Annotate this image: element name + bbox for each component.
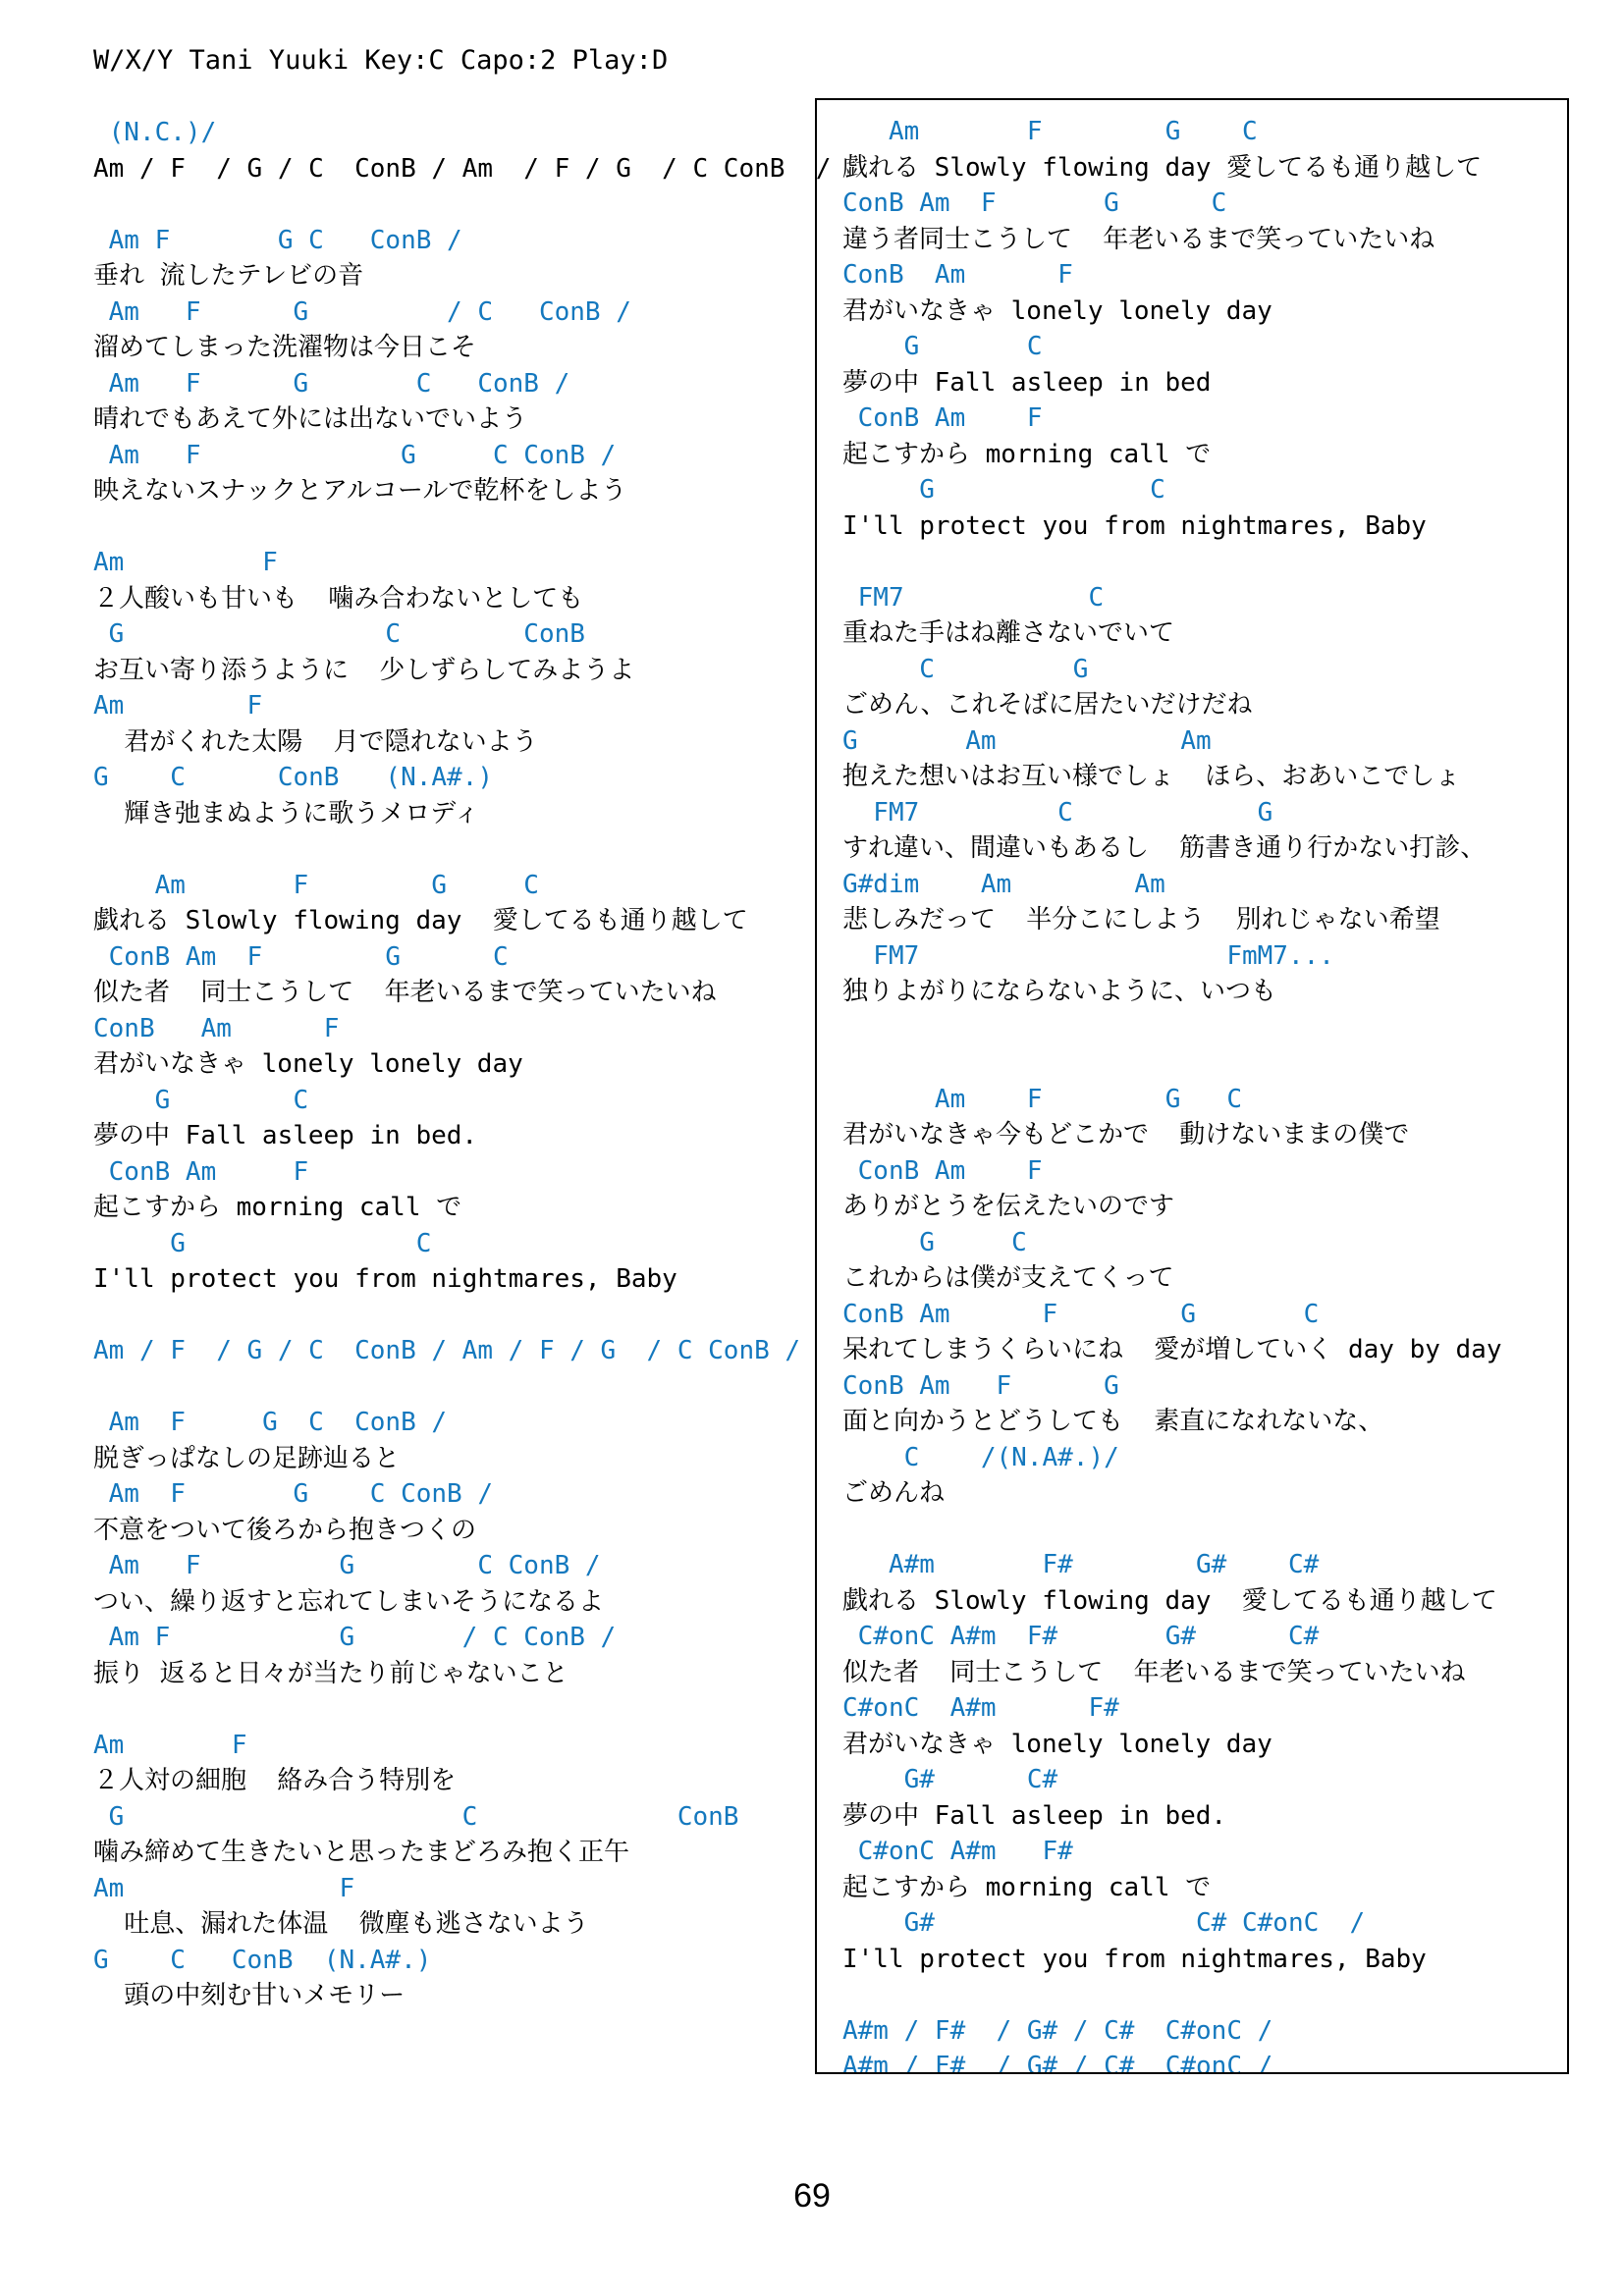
lyric-line: 悲しみだって 半分こにしよう 別れじゃない希望 — [842, 902, 1559, 938]
chord-line: FM7 C G — [842, 795, 1559, 831]
lyric-line: 似た者 同士こうして 年老いるまで笑っていたいね — [842, 1655, 1559, 1691]
chord-line: A#m / F# / G# / C# C#onC / — [842, 2049, 1559, 2074]
lyric-line: 夢の中 Fall asleep in bed. — [93, 1118, 810, 1154]
lyric-line: 夢の中 Fall asleep in bed — [842, 365, 1559, 401]
lyric-line: 晴れでもあえて外には出ないでいよう — [93, 401, 810, 438]
lyric-line: つい、繰り返すと忘れてしまいそうになるよ — [93, 1584, 810, 1621]
right-column-lines: Am F G C戯れる Slowly flowing day 愛してるも通り越し… — [842, 114, 1559, 2074]
lyric-line: お互い寄り添うように 少しずらしてみようよ — [93, 653, 810, 689]
chord-line: C G — [842, 652, 1559, 688]
lyric-line: 吐息、漏れた体温 微塵も逃さないよう — [93, 1906, 810, 1943]
chord-line: G C — [93, 1226, 810, 1262]
lyric-line: 溜めてしまった洗濯物は今日こそ — [93, 330, 810, 366]
lyric-line: 似た者 同士こうして 年老いるまで笑っていたいね — [93, 975, 810, 1011]
chord-line: FM7 C — [842, 580, 1559, 616]
chord-line: Am F G C ConB / — [93, 366, 810, 402]
blank-line — [842, 1977, 1559, 2013]
lyric-line: 戯れる Slowly flowing day 愛してるも通り越して — [842, 1583, 1559, 1620]
chord-line: Am F G C ConB / — [93, 223, 810, 259]
lyric-line: 君がいなきゃ lonely lonely day — [842, 294, 1559, 330]
chord-line: Am F G C — [93, 868, 810, 904]
chord-line: G C ConB — [93, 616, 810, 653]
chord-line: ConB Am F G C — [93, 939, 810, 976]
chord-line: ConB Am F — [842, 257, 1559, 294]
chord-line: Am / F / G / C ConB / Am / F / G / C Con… — [93, 151, 810, 187]
chord-line: Am F G C ConB / — [93, 1548, 810, 1584]
lyric-line: 君がいなきゃ lonely lonely day — [93, 1046, 810, 1083]
lyric-line: ごめん、これそばに居たいだけだね — [842, 687, 1559, 723]
lyric-line: 噛み締めて生きたいと思ったまどろみ抱く正午 — [93, 1835, 810, 1871]
chord-line: ConB Am F G C — [842, 186, 1559, 222]
lyric-line: 戯れる Slowly flowing day 愛してるも通り越して — [842, 150, 1559, 187]
chord-line: Am F — [93, 688, 810, 724]
chord-line: ConB Am F — [842, 400, 1559, 437]
chord-box: Am F G C戯れる Slowly flowing day 愛してるも通り越し… — [815, 98, 1569, 2074]
chord-line: G C — [842, 329, 1559, 365]
page-title: W/X/Y Tani Yuuki Key:C Capo:2 Play:D — [93, 43, 810, 80]
blank-line — [842, 1045, 1559, 1082]
chord-line: G C — [842, 1225, 1559, 1261]
lyric-line: 起こすから morning call で — [842, 437, 1559, 473]
chord-line: C#onC A#m F# G# C# — [842, 1619, 1559, 1655]
lyric-line: 抱えた想いはお互い様でしょ ほら、おあいこでしょ — [842, 759, 1559, 795]
blank-line — [93, 509, 810, 546]
lyric-line: I'll protect you from nightmares, Baby — [842, 508, 1559, 545]
lyric-line: 独りよがりにならないように、いつも — [842, 974, 1559, 1010]
chord-line: G Am Am — [842, 723, 1559, 760]
blank-line — [93, 1691, 810, 1728]
page-number: 69 — [0, 2177, 1624, 2216]
chord-line: Am F — [93, 1871, 810, 1907]
lyric-line: 君がいなきゃ今もどこかで 動けないままの僕で — [842, 1117, 1559, 1153]
blank-line — [93, 187, 810, 223]
chord-line: G C — [93, 1083, 810, 1119]
chord-line: C#onC A#m F# — [842, 1834, 1559, 1870]
lyric-line: 頭の中刻む甘いメモリー — [93, 1978, 810, 2014]
lyric-line: 輝き弛まぬように歌うメロディ — [93, 796, 810, 832]
blank-line — [93, 831, 810, 868]
blank-line — [842, 1512, 1559, 1548]
lyric-line: 起こすから morning call で — [842, 1870, 1559, 1906]
blank-line — [93, 80, 810, 116]
chord-line: G C ConB (N.A#.) — [93, 1943, 810, 1979]
chord-line: ConB Am F G C — [842, 1297, 1559, 1333]
chord-line: Am F G C — [842, 114, 1559, 150]
chord-line: Am F G C — [842, 1082, 1559, 1118]
chord-line: Am / F / G / C ConB / Am / F / G / C Con… — [93, 1333, 810, 1369]
chord-line: Am F G C ConB / — [93, 1405, 810, 1441]
lyric-line: これからは僕が支えてくって — [842, 1260, 1559, 1297]
blank-line — [842, 1010, 1559, 1046]
chord-line: G C ConB — [93, 1799, 810, 1836]
lyric-line: I'll protect you from nightmares, Baby — [842, 1942, 1559, 1978]
chord-line: ConB Am F G — [842, 1368, 1559, 1405]
lyric-line: ２人酸いも甘いも 噛み合わないとしても — [93, 581, 810, 617]
chord-line: A#m / F# / G# / C# C#onC / — [842, 2013, 1559, 2050]
chord-line: Am F — [93, 545, 810, 581]
chord-line: ConB Am F — [93, 1011, 810, 1047]
lyric-line: 脱ぎっぱなしの足跡辿ると — [93, 1441, 810, 1477]
lyric-line: ありがとうを伝えたいのです — [842, 1189, 1559, 1225]
chord-line: Am F G / C ConB / — [93, 294, 810, 331]
chord-line: Am F — [93, 1728, 810, 1764]
lyric-line: 戯れる Slowly flowing day 愛してるも通り越して — [93, 903, 810, 939]
lyric-line: 君がいなきゃ lonely lonely day — [842, 1727, 1559, 1763]
chord-line: C#onC A#m F# — [842, 1690, 1559, 1727]
blank-line — [93, 1298, 810, 1334]
lyric-line: ごめんね — [842, 1475, 1559, 1512]
lyric-line: 映えないスナックとアルコールで乾杯をしよう — [93, 473, 810, 509]
blank-line — [842, 544, 1559, 580]
lyric-line: 君がくれた太陽 月で隠れないよう — [93, 724, 810, 761]
lyric-line: 夢の中 Fall asleep in bed. — [842, 1798, 1559, 1835]
lyric-line: 面と向かうとどうしても 素直になれないな、 — [842, 1404, 1559, 1440]
chord-line: G C ConB (N.A#.) — [93, 760, 810, 796]
chord-line: G C — [842, 472, 1559, 508]
chord-line: A#m F# G# C# — [842, 1547, 1559, 1583]
lyric-line: すれ違い、間違いもあるし 筋書き通り行かない打診、 — [842, 830, 1559, 867]
lyric-line: 垂れ 流したテレビの音 — [93, 258, 810, 294]
chord-line: FM7 FmM7... — [842, 938, 1559, 975]
lyric-line: 不意をついて後ろから抱きつくの — [93, 1513, 810, 1549]
chord-line: G# C# C#onC / — [842, 1905, 1559, 1942]
chord-line: G# C# — [842, 1762, 1559, 1798]
chord-line: ConB Am F — [842, 1153, 1559, 1190]
chord-line: Am F G / C ConB / — [93, 1620, 810, 1656]
lyric-line: I'll protect you from nightmares, Baby — [93, 1261, 810, 1298]
chord-line: Am F G C ConB / — [93, 1476, 810, 1513]
lyric-line: 重ねた手はね離さないでいて — [842, 615, 1559, 652]
chord-line: Am F G C ConB / — [93, 438, 810, 474]
lyric-line: 振り 返ると日々が当たり前じゃないこと — [93, 1656, 810, 1692]
lyric-line: 呆れてしまうくらいにね 愛が増していく day by day — [842, 1332, 1559, 1368]
chord-line: (N.C.)/ — [93, 115, 810, 151]
left-column: W/X/Y Tani Yuuki Key:C Capo:2 Play:D (N.… — [93, 43, 810, 2014]
blank-line — [93, 1369, 810, 1406]
lyric-line: 違う者同士こうして 年老いるまで笑っていたいね — [842, 222, 1559, 258]
lyric-line: ２人対の細胞 絡み合う特別を — [93, 1763, 810, 1799]
lyric-line: 起こすから morning call で — [93, 1190, 810, 1226]
chord-line: ConB Am F — [93, 1154, 810, 1191]
chord-line: C /(N.A#.)/ — [842, 1440, 1559, 1476]
left-column-lines: (N.C.)/Am / F / G / C ConB / Am / F / G … — [93, 80, 810, 2014]
chord-line: G#dim Am Am — [842, 867, 1559, 903]
